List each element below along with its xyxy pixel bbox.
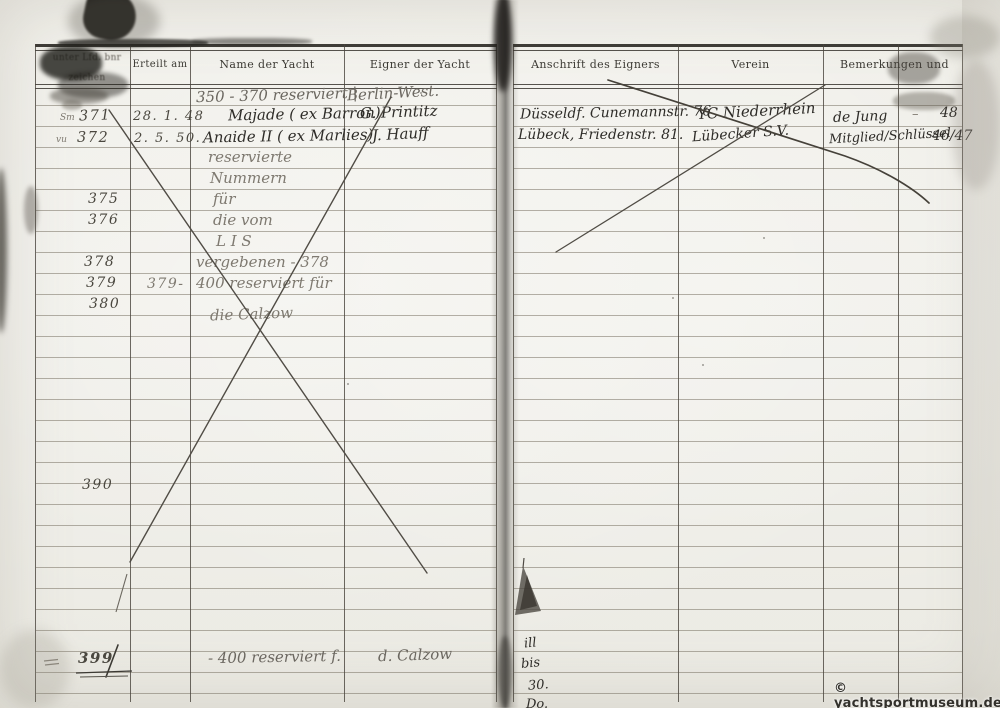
paper-speck — [347, 383, 349, 385]
table-top-border-right-2 — [513, 50, 963, 51]
entry-372-number: 372 — [77, 131, 109, 146]
right-margin-strip — [962, 0, 1000, 708]
entry-reserved-350-370: 350 - 370 reserviert | — [196, 86, 358, 105]
pencil-note-line5: L I S — [216, 234, 252, 249]
entry-379-date-range: 379- — [147, 277, 184, 291]
gutter-scribble-1: ill — [523, 636, 537, 650]
entry-371-number: 371 — [79, 108, 112, 124]
column-header-bemerkungen: Bemerkungen und — [840, 58, 949, 71]
pencil-note-line4: die vom — [213, 213, 273, 228]
column-line — [823, 44, 824, 702]
entry-399-note: - 400 reserviert f. — [208, 649, 341, 666]
paper-speck — [672, 297, 674, 299]
column-header-eigner-der-yacht: Eigner der Yacht — [344, 58, 496, 71]
illegible-pencil-entry-blob — [50, 88, 108, 104]
header-bottom-rule-right-2 — [513, 88, 963, 89]
entry-371-remark: de Jung — [833, 109, 888, 125]
paper-speck — [420, 92, 422, 94]
entry-number-378: 378 — [84, 255, 115, 269]
entry-372-date: 2. 5. 50. — [134, 132, 201, 145]
column-line — [130, 44, 131, 702]
entry-reserved-350-370-owner: Berlin-West. — [347, 84, 440, 104]
pencil-note-line2: Nummern — [210, 171, 287, 186]
entry-number-375: 375 — [88, 192, 119, 206]
entry-371-year-note: 48 — [940, 106, 958, 120]
column-header-name-der-yacht: Name der Yacht — [190, 58, 344, 71]
column-line — [35, 44, 36, 702]
column-header-erteilt-am: Erteilt am — [130, 59, 190, 70]
watermark: © yachtsportmuseum.de — [834, 681, 1000, 708]
entry-number-399: 399 — [78, 651, 114, 666]
torn-corner-halo — [68, 0, 160, 48]
entry-number-379: 379 — [86, 276, 117, 290]
header-bottom-rule-right — [513, 84, 963, 85]
gutter-scribble-3: 30. — [528, 678, 550, 692]
pencil-note-line1: reservierte — [208, 150, 292, 165]
entry-371-address: Düsseldf. Cunemannstr. 76 — [520, 104, 712, 121]
entry-372-prefix: vu — [56, 136, 67, 145]
ruled-lines-right-page — [514, 105, 962, 697]
left-edge-dark-streak — [0, 168, 7, 333]
column-header-id-line2: zeichen — [48, 73, 126, 83]
entry-number-390: 390 — [82, 478, 113, 492]
entry-372-owner: J. Hauff — [372, 126, 429, 144]
entry-372-yacht-name: Anaide II ( ex Marlies) — [203, 128, 374, 146]
entry-371-date: 28. 1. 48 — [133, 110, 204, 123]
entry-371-yacht-name: Majade ( ex Barron) — [228, 106, 381, 124]
pencil-note-line3: für — [213, 192, 235, 207]
entry-371-owner: G. Printitz — [360, 104, 438, 122]
paper-speck — [763, 237, 765, 239]
entry-number-380: 380 — [89, 297, 120, 311]
entry-number-376: 376 — [88, 213, 119, 227]
pencil-note-line8: die Calzow — [210, 306, 294, 324]
torn-corner-blob — [79, 0, 140, 45]
pencil-dash-mark: – — [912, 108, 919, 121]
gutter-scribble-2: bis — [520, 656, 540, 671]
entry-371-prefix: Sm — [60, 114, 75, 123]
pencil-note-line7: 400 reserviert für — [196, 276, 332, 291]
entry-399-owner-note: d. Calzow — [378, 647, 453, 665]
table-top-border-right — [513, 44, 963, 47]
column-header-id-line1: unter Lfd. bnr — [48, 53, 126, 63]
pencil-note-line6: vergebenen - 378 — [196, 255, 329, 270]
column-header-anschrift-des-eigners: Anschrift des Eigners — [513, 58, 678, 71]
column-header-verein: Verein — [678, 58, 823, 71]
book-gutter-shadow — [491, 0, 519, 708]
paper-speck — [702, 364, 704, 366]
entry-372-address: Lübeck, Friedenstr. 81. — [518, 128, 683, 142]
table-top-border-left-2 — [35, 50, 497, 51]
gutter-scribble-4: Do. — [526, 698, 548, 708]
table-top-border-left — [35, 44, 497, 47]
ledger-scan-page: unter Lfd. bnr zeichen Erteilt am Name d… — [0, 0, 1000, 708]
